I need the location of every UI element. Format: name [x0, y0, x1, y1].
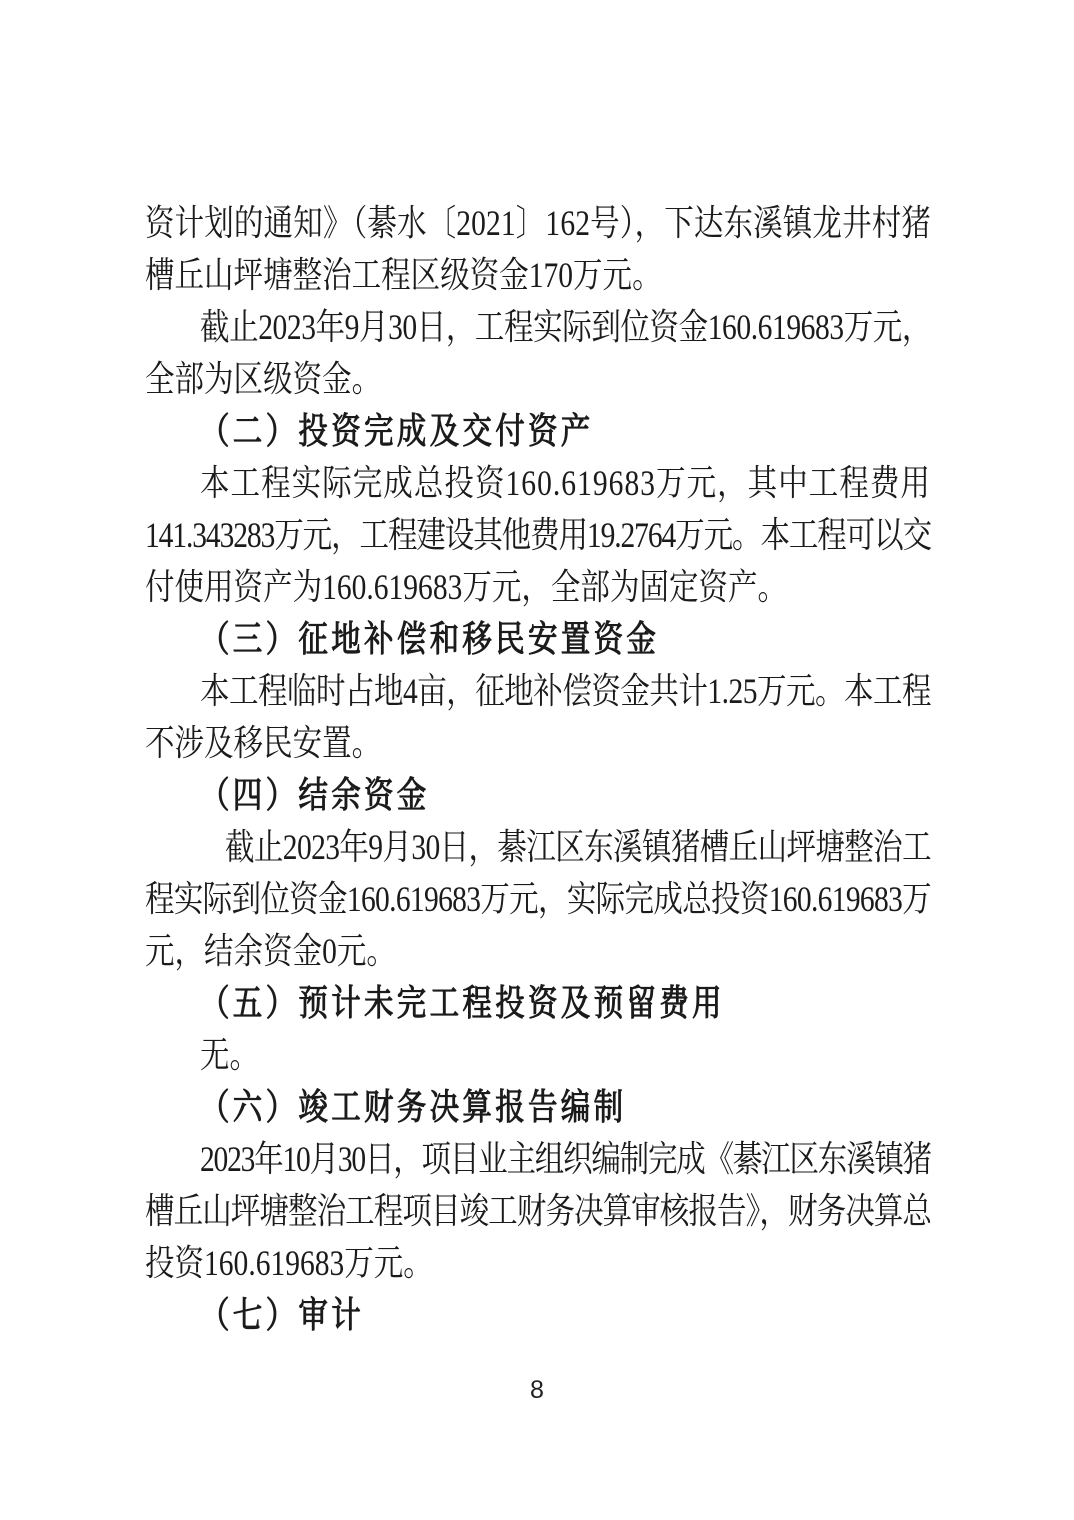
- doc-line: 元，结余资金0元。: [145, 925, 931, 977]
- doc-heading-line: （二）投资完成及交付资产: [145, 405, 931, 457]
- section-heading-7: （七）审计: [145, 1289, 931, 1341]
- section-heading-2: （二）投资完成及交付资产: [145, 405, 931, 457]
- paragraph-final-accounts-report: 2023年10月30日，项目业主组织编制完成《綦江区东溪镇猪 槽丘山坪塘整治工程…: [145, 1133, 931, 1289]
- doc-line: 截止2023年9月30日，工程实际到位资金160.619683万元，: [145, 301, 931, 353]
- doc-line: 本工程实际完成总投资160.619683万元，其中工程费用: [145, 457, 931, 509]
- paragraph-funds-received: 截止2023年9月30日，工程实际到位资金160.619683万元， 全部为区级…: [145, 301, 931, 405]
- doc-line: 全部为区级资金。: [145, 353, 931, 405]
- document-page: 资计划的通知》（綦水〔2021〕162号），下达东溪镇龙井村猪 槽丘山坪塘整治工…: [0, 0, 1074, 1520]
- page-number: 8: [0, 1372, 1074, 1408]
- document-body: 资计划的通知》（綦水〔2021〕162号），下达东溪镇龙井村猪 槽丘山坪塘整治工…: [145, 197, 931, 1341]
- section-heading-3: （三）征地补偿和移民安置资金: [145, 613, 931, 665]
- paragraph-none: 无。: [145, 1029, 931, 1081]
- doc-line: 截止2023年9月30日，綦江区东溪镇猪槽丘山坪塘整治工: [145, 821, 931, 873]
- doc-line: 投资160.619683万元。: [145, 1237, 931, 1289]
- doc-line: 不涉及移民安置。: [145, 717, 931, 769]
- doc-heading-line: （六）竣工财务决算报告编制: [145, 1081, 931, 1133]
- section-heading-6: （六）竣工财务决算报告编制: [145, 1081, 931, 1133]
- doc-line: 槽丘山坪塘整治工程项目竣工财务决算审核报告》，财务决算总: [145, 1185, 931, 1237]
- doc-heading-line: （三）征地补偿和移民安置资金: [145, 613, 931, 665]
- paragraph-land-compensation: 本工程临时占地4亩，征地补偿资金共计1.25万元。本工程 不涉及移民安置。: [145, 665, 931, 769]
- doc-line: 槽丘山坪塘整治工程区级资金170万元。: [145, 249, 931, 301]
- doc-line: 无。: [145, 1029, 931, 1081]
- doc-line: 程实际到位资金160.619683万元，实际完成总投资160.619683万: [145, 873, 931, 925]
- doc-line: 141.343283万元，工程建设其他费用19.2764万元。本工程可以交: [145, 509, 931, 561]
- doc-line: 本工程临时占地4亩，征地补偿资金共计1.25万元。本工程: [145, 665, 931, 717]
- section-heading-4: （四）结余资金: [145, 769, 931, 821]
- doc-heading-line: （五）预计未完工程投资及预留费用: [145, 977, 931, 1029]
- doc-line: 2023年10月30日，项目业主组织编制完成《綦江区东溪镇猪: [145, 1133, 931, 1185]
- section-heading-5: （五）预计未完工程投资及预留费用: [145, 977, 931, 1029]
- doc-line: 资计划的通知》（綦水〔2021〕162号），下达东溪镇龙井村猪: [145, 197, 931, 249]
- doc-heading-line: （七）审计: [145, 1289, 931, 1341]
- paragraph-investment-completion: 本工程实际完成总投资160.619683万元，其中工程费用 141.343283…: [145, 457, 931, 613]
- doc-heading-line: （四）结余资金: [145, 769, 931, 821]
- paragraph-surplus-funds: 截止2023年9月30日，綦江区东溪镇猪槽丘山坪塘整治工 程实际到位资金160.…: [145, 821, 931, 977]
- doc-line: 付使用资产为160.619683万元，全部为固定资产。: [145, 561, 931, 613]
- paragraph-funding-notice: 资计划的通知》（綦水〔2021〕162号），下达东溪镇龙井村猪 槽丘山坪塘整治工…: [145, 197, 931, 301]
